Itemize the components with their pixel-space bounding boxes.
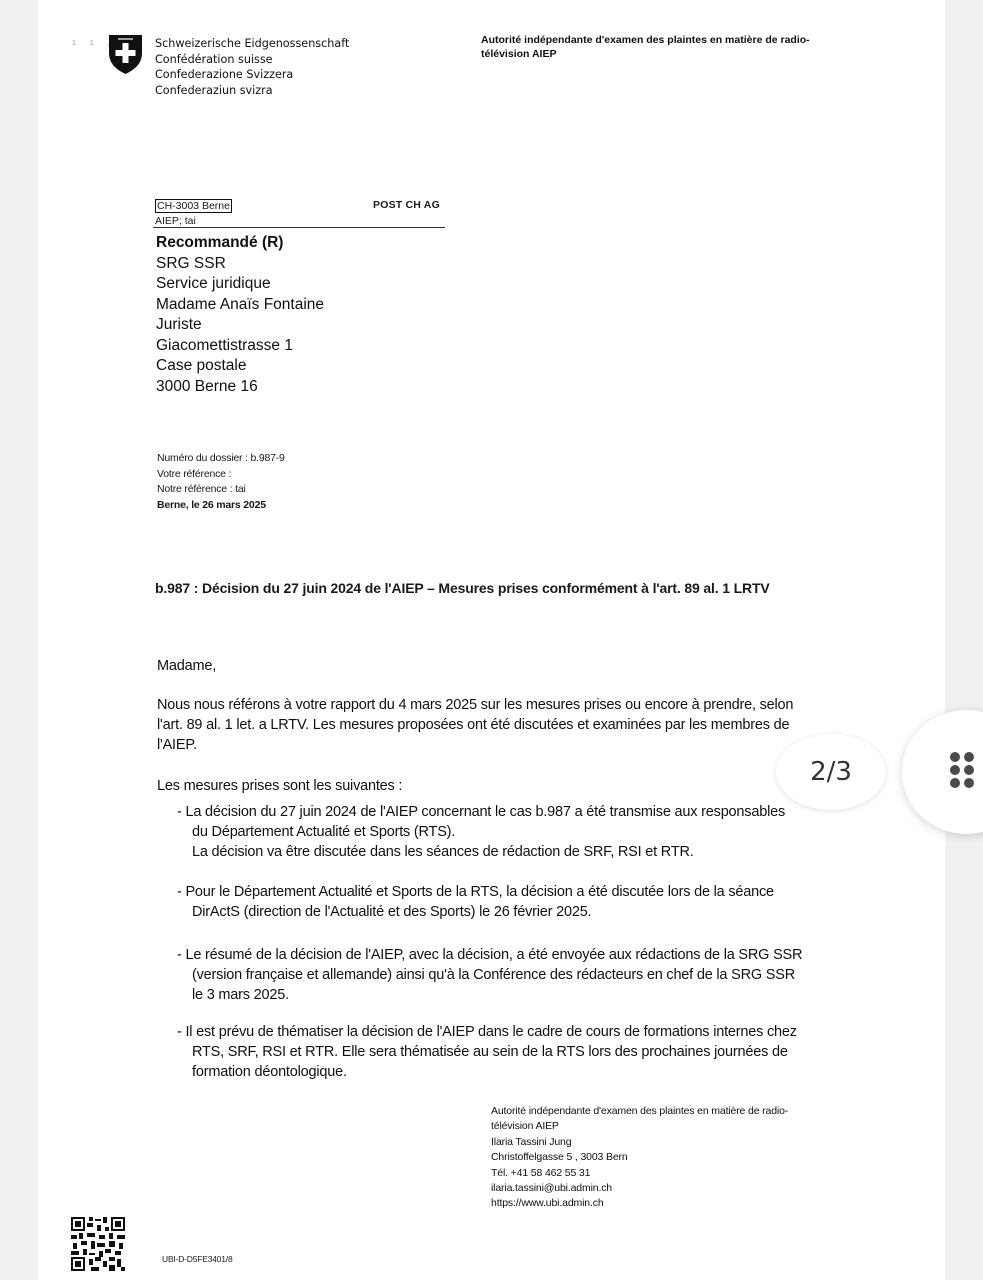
recipient-line: Madame Anaïs Fontaine [156, 295, 324, 316]
salutation: Madame, [157, 656, 216, 676]
recipient-line: Juriste [156, 315, 324, 336]
intro-paragraph: Nous nous référons à votre rapport du 4 … [157, 695, 793, 755]
letter-subject: b.987 : Décision du 27 juin 2024 de l'AI… [155, 580, 770, 596]
measure-item: - La décision du 27 juin 2024 de l'AIEP … [177, 802, 785, 862]
grid-dots-icon [950, 752, 974, 788]
signature-email: ilaria.tassini@ubi.admin.ch [491, 1181, 788, 1196]
signature-name: Ilaria Tassini Jung [491, 1135, 788, 1150]
measure-line: - Le résumé de la décision de l'AIEP, av… [177, 945, 802, 965]
measure-item: - Pour le Département Actualité et Sport… [177, 882, 774, 922]
recipient-line: Giacomettistrasse 1 [156, 336, 324, 357]
our-reference: Notre référence : tai [157, 482, 285, 498]
authority-header: Autorité indépendante d'examen des plain… [481, 33, 810, 61]
measure-line: le 3 mars 2025. [177, 985, 802, 1005]
place-date: Berne, le 26 mars 2025 [157, 498, 285, 514]
signature-block: Autorité indépendante d'examen des plain… [491, 1104, 788, 1212]
document-id: UBI-D-D5FE3401/8 [162, 1254, 233, 1264]
signature-address: Christoffelgasse 5 , 3003 Bern [491, 1150, 788, 1165]
federation-name-it: Confederazione Svizzera [155, 67, 349, 83]
measure-line: La décision va être discutée dans les sé… [177, 842, 785, 862]
address-divider [153, 227, 445, 228]
references-block: Numéro du dossier : b.987-9 Votre référe… [157, 451, 285, 513]
signature-authority: Autorité indépendante d'examen des plain… [491, 1104, 788, 1119]
qr-code-icon [71, 1217, 125, 1271]
measure-line: - Il est prévu de thématiser la décision… [177, 1022, 797, 1042]
delivery-type: Recommandé (R) [156, 233, 324, 254]
sender-reference: AIEP; tai [155, 215, 196, 227]
federation-name-rm: Confederaziun svizra [155, 83, 349, 99]
measure-line: DirActS (direction de l'Actualité et des… [177, 902, 774, 922]
paragraph-line: Nous nous référons à votre rapport du 4 … [157, 695, 793, 715]
measure-line: - Pour le Département Actualité et Sport… [177, 882, 774, 902]
measure-item: - Il est prévu de thématiser la décision… [177, 1022, 797, 1082]
federation-names: Schweizerische Eidgenossenschaft Confédé… [155, 36, 349, 98]
paragraph-line: l'art. 89 al. 1 let. a LRTV. Les mesures… [157, 715, 793, 735]
sender-postal-box: CH-3003 Berne [155, 199, 232, 213]
measures-intro: Les mesures prises sont les suivantes : [157, 776, 402, 796]
paragraph-line: l'AIEP. [157, 735, 793, 755]
recipient-line: Case postale [156, 356, 324, 377]
recipient-line: 3000 Berne 16 [156, 377, 324, 398]
signature-authority: télévision AIEP [491, 1119, 788, 1134]
document-page: 1 1 , Schweizerische Eidgenossenschaft C… [38, 0, 945, 1280]
signature-website: https://www.ubi.admin.ch [491, 1196, 788, 1211]
recipient-address: Recommandé (R) SRG SSR Service juridique… [156, 233, 324, 397]
measure-line: du Département Actualité et Sports (RTS)… [177, 822, 785, 842]
measure-line: - La décision du 27 juin 2024 de l'AIEP … [177, 802, 785, 822]
authority-line: télévision AIEP [481, 47, 810, 61]
measure-item: - Le résumé de la décision de l'AIEP, av… [177, 945, 802, 1005]
federation-name-de: Schweizerische Eidgenossenschaft [155, 36, 349, 52]
recipient-line: Service juridique [156, 274, 324, 295]
federation-name-fr: Confédération suisse [155, 52, 349, 68]
recipient-line: SRG SSR [156, 254, 324, 275]
post-label: POST CH AG [373, 199, 440, 211]
measure-line: RTS, SRF, RSI et RTR. Elle sera thématis… [177, 1042, 797, 1062]
measure-line: (version française et allemande) ainsi q… [177, 965, 802, 985]
signature-phone: Tél. +41 58 462 55 31 [491, 1166, 788, 1181]
page-indicator: 2/3 [776, 734, 886, 810]
swiss-crest-icon [108, 33, 143, 75]
dossier-number: Numéro du dossier : b.987-9 [157, 451, 285, 467]
authority-line: Autorité indépendante d'examen des plain… [481, 33, 810, 47]
your-reference: Votre référence : [157, 467, 285, 483]
measure-line: formation déontologique. [177, 1062, 797, 1082]
